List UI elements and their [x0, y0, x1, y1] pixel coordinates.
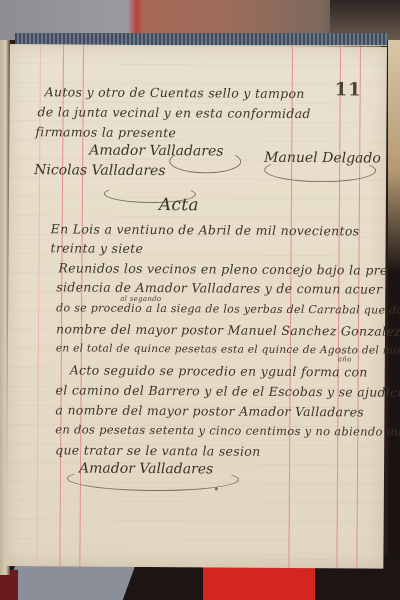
signature-nicolas-valladares: Nicolas Valladares: [34, 162, 166, 179]
interlinear-note: año: [338, 355, 352, 363]
body-line: Acto seguido se procedio en ygual forma …: [70, 362, 368, 379]
body-line: que tratar se le vanta la sesion: [55, 442, 260, 458]
page-number: 11: [335, 79, 362, 100]
preceding-text-line: firmamos la presente: [35, 124, 176, 140]
ledger-page: 11 Autos y otro de Cuentas sello y tampo…: [6, 44, 387, 569]
body-line: sidencia de Amador Valladares y de comun…: [56, 279, 382, 296]
body-line: treinta y siete: [51, 240, 144, 256]
body-line: do se procedio a la siega de los yerbas …: [56, 301, 400, 317]
body-line: nombre del mayor postor Manuel Sanchez G…: [56, 321, 400, 338]
preceding-text-line: de la junta vecinal y en esta conformida…: [37, 104, 310, 121]
preceding-text-line: Autos y otro de Cuentas sello y tampon: [45, 84, 305, 101]
body-line: el camino del Barrero y el de el Escobas…: [56, 382, 400, 399]
paper-stain: [215, 487, 218, 490]
signature-flourish: [169, 149, 241, 174]
body-line: en dos pesetas setenta y cinco centimos …: [55, 422, 400, 438]
body-line: a nombre del mayor postor Amador Vallada…: [55, 402, 364, 419]
body-line: En Lois a ventiuno de Abril de mil novec…: [51, 221, 360, 238]
body-line: Reunidos los vecinos en pleno concejo ba…: [58, 260, 387, 277]
background-right-edge: [388, 40, 400, 560]
section-title: Acta: [159, 195, 199, 215]
